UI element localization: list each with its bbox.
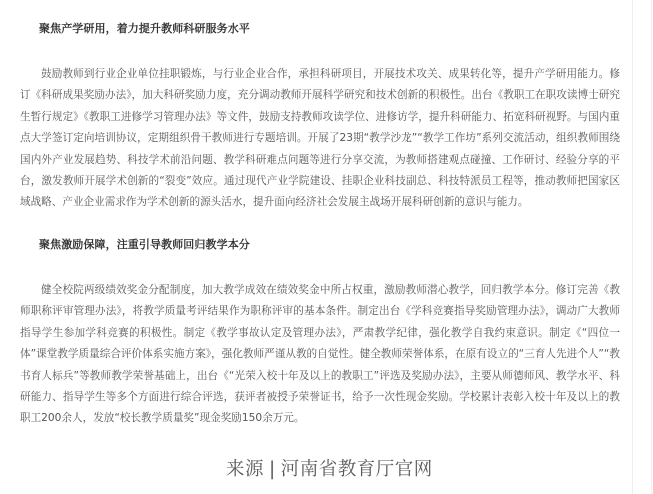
content-right-border — [651, 0, 652, 494]
section-heading-research: 聚焦产学研用，着力提升教师科研服务水平 — [39, 22, 250, 36]
section-heading-incentive: 聚焦激励保障，注重引导教师回归教学本分 — [39, 238, 250, 252]
source-separator: | — [269, 457, 276, 483]
section-paragraph-incentive: 健全校院两级绩效奖金分配制度，加大教学成效在绩效奖金中所占权重，激励教师潜心教学… — [20, 280, 620, 430]
source-footer: 来源|河南省教育厅官网 — [226, 457, 433, 483]
source-label: 来源 — [226, 459, 264, 480]
source-name: 河南省教育厅官网 — [281, 459, 433, 480]
section-paragraph-research: 鼓励教师到行业企业单位挂职锻炼，与行业企业合作，承担科研项目，开展技术攻关、成果… — [20, 64, 620, 214]
article-body: 聚焦产学研用，着力提升教师科研服务水平 鼓励教师到行业企业单位挂职锻炼，与行业企… — [20, 0, 633, 494]
